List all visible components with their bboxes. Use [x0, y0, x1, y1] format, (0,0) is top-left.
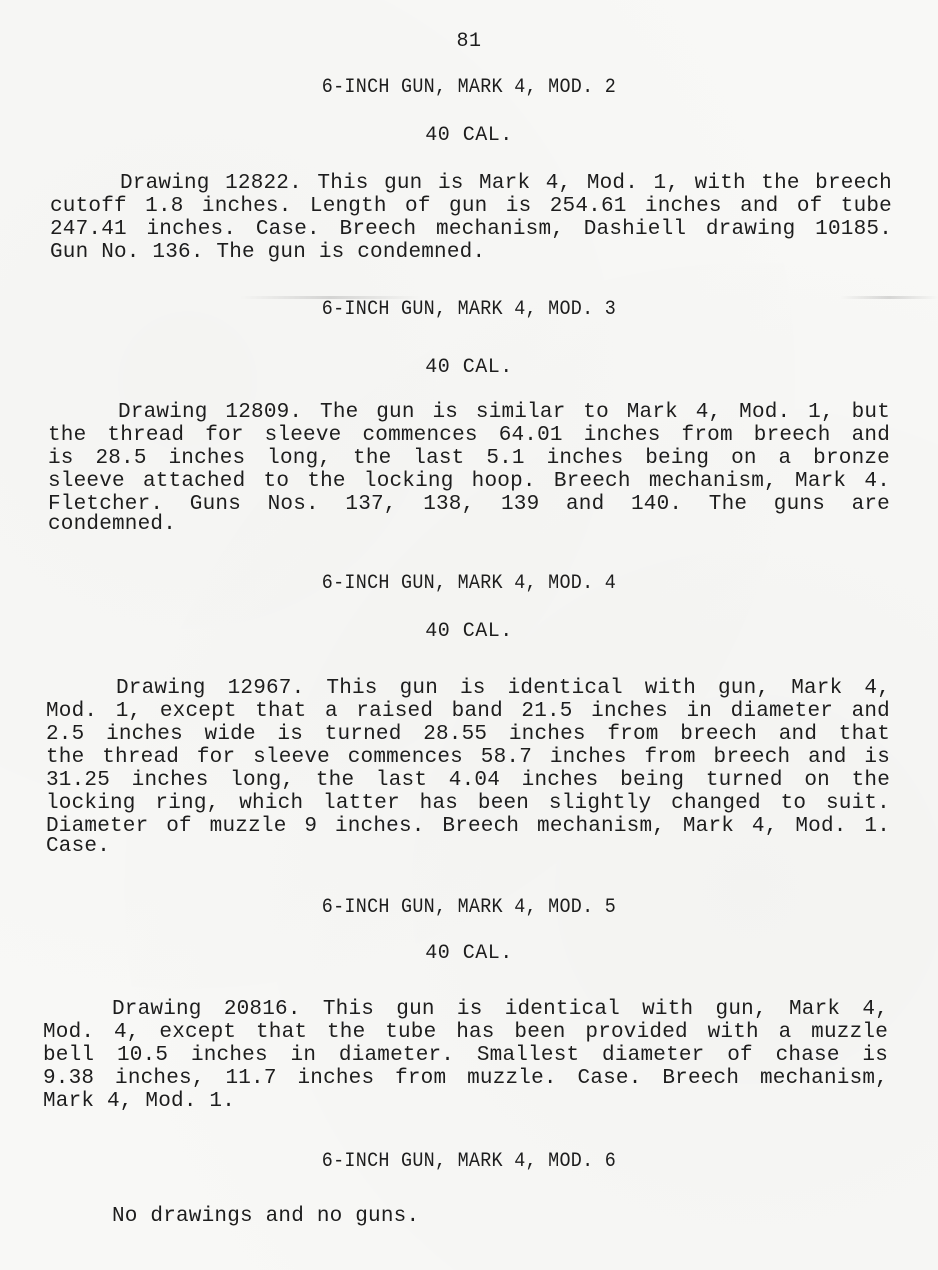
paragraph-line: cutoff 1.8 inches. Length of gun is 254.… [50, 195, 892, 218]
paragraph-line: Gun No. 136. The gun is condemned. [50, 241, 485, 264]
section-heading-text: 6-INCH GUN, MARK 4, MOD. 5 [322, 896, 616, 919]
paragraph-line: Diameter of muzzle 9 inches. Breech mech… [46, 815, 890, 838]
paragraph-line: sleeve attached to the locking hoop. Bre… [48, 470, 890, 493]
paragraph-line: 9.38 inches, 11.7 inches from muzzle. Ca… [43, 1067, 888, 1090]
paragraph-line: the thread for sleeve commences 58.7 inc… [46, 746, 890, 769]
paragraph-line: the thread for sleeve commences 64.01 in… [48, 424, 890, 447]
document-page: 81 6-INCH GUN, MARK 4, MOD. 2 40 CAL. Dr… [0, 0, 938, 1270]
paragraph-line: Drawing 12822. This gun is Mark 4, Mod. … [120, 172, 892, 195]
paragraph-line: condemned. [48, 513, 176, 536]
paragraph-line: No drawings and no guns. [112, 1205, 419, 1228]
section-heading: 6-INCH GUN, MARK 4, MOD. 5 [0, 896, 938, 919]
section-heading-text: 6-INCH GUN, MARK 4, MOD. 4 [322, 572, 616, 595]
paragraph-line: 2.5 inches wide is turned 28.55 inches f… [46, 723, 890, 746]
paragraph-line: Mark 4, Mod. 1. [43, 1090, 235, 1113]
paragraph-line: Drawing 20816. This gun is identical wit… [112, 998, 888, 1021]
caliber-label: 40 CAL. [0, 124, 938, 147]
paragraph-line: Mod. 1, except that a raised band 21.5 i… [46, 700, 890, 723]
caliber-label: 40 CAL. [0, 620, 938, 643]
paragraph-line: Drawing 12967. This gun is identical wit… [116, 677, 890, 700]
section-heading-text: 6-INCH GUN, MARK 4, MOD. 2 [322, 76, 616, 99]
paragraph-line: bell 10.5 inches in diameter. Smallest d… [43, 1044, 888, 1067]
paragraph-line: Drawing 12809. The gun is similar to Mar… [118, 401, 890, 424]
section-heading: 6-INCH GUN, MARK 4, MOD. 4 [0, 572, 938, 595]
section-heading: 6-INCH GUN, MARK 4, MOD. 6 [0, 1150, 938, 1173]
paragraph-line: is 28.5 inches long, the last 5.1 inches… [48, 447, 890, 470]
caliber-label: 40 CAL. [0, 356, 938, 379]
paragraph-line: Case. [46, 835, 110, 858]
section-heading-text: 6-INCH GUN, MARK 4, MOD. 6 [322, 1150, 616, 1173]
paragraph-line: Mod. 4, except that the tube has been pr… [43, 1021, 888, 1044]
section-heading: 6-INCH GUN, MARK 4, MOD. 3 [0, 298, 938, 321]
section-heading: 6-INCH GUN, MARK 4, MOD. 2 [0, 76, 938, 99]
section-heading-text: 6-INCH GUN, MARK 4, MOD. 3 [322, 298, 616, 321]
caliber-label: 40 CAL. [0, 942, 938, 965]
paragraph-line: 247.41 inches. Case. Breech mechanism, D… [50, 218, 892, 241]
page-number: 81 [0, 30, 938, 53]
paragraph-line: locking ring, which latter has been slig… [46, 792, 890, 815]
paragraph-line: 31.25 inches long, the last 4.04 inches … [46, 769, 890, 792]
